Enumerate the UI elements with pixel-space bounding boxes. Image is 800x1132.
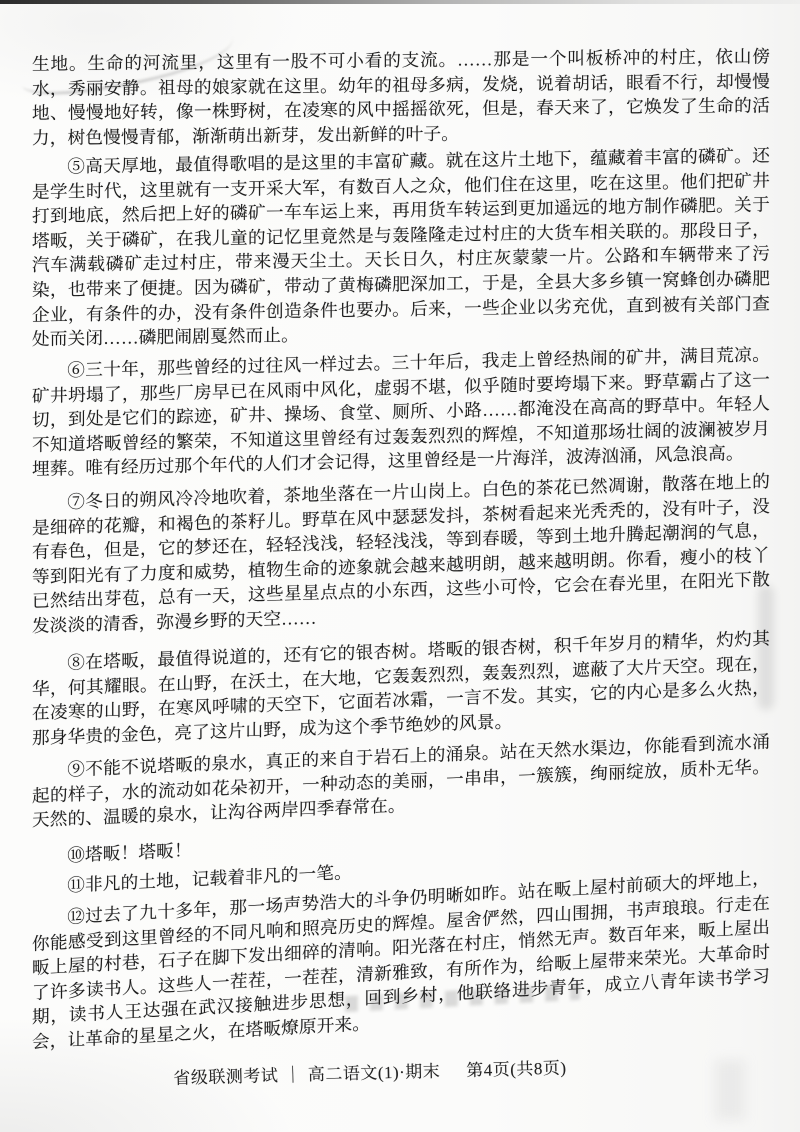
scanned-page: 生地。生命的河流里，这里有一股不可小看的支流。……那是一个叫板桥冲的村庄，依山傍… [0,0,800,1132]
paragraph-6: ⑥三十年，那些曾经的过往风一样过去。三十年后，我走上曾经热闹的矿井，满目荒凉。矿… [32,342,770,482]
paragraph-continuation: 生地。生命的河流里，这里有一股不可小看的支流。……那是一个叫板桥冲的村庄，依山傍… [32,44,770,150]
footer-page-number: 第4页(共8页) [466,1059,567,1081]
paragraph-5: ⑤高天厚地，最值得歌唱的是这里的丰富矿藏。就在这片土地下，蕴藏着丰富的磷矿。还是… [32,144,770,352]
footer-separator: ｜ [284,1065,302,1084]
page-footer: 省级联测考试｜高二语文(1)·期末第4页(共8页) [90,1051,650,1091]
passage-body: 生地。生命的河流里，这里有一股不可小看的支流。……那是一个叫板桥冲的村庄，依山傍… [0,0,800,1055]
scan-smudge-bottom-right [715,1060,745,1120]
footer-subject: 高二语文(1)·期末 [308,1062,441,1084]
paragraph-8: ⑧在塔畈，最值得说道的，还有它的银杏树。塔畈的银杏树，积千年岁月的精华，灼灼其华… [32,626,770,750]
paragraph-7: ⑦冬日的朔风冷冷地吹着，茶地坐落在一片山岗上。白色的茶花已然凋谢，散落在地上的是… [32,469,770,638]
footer-exam-name: 省级联测考试 [173,1066,278,1088]
